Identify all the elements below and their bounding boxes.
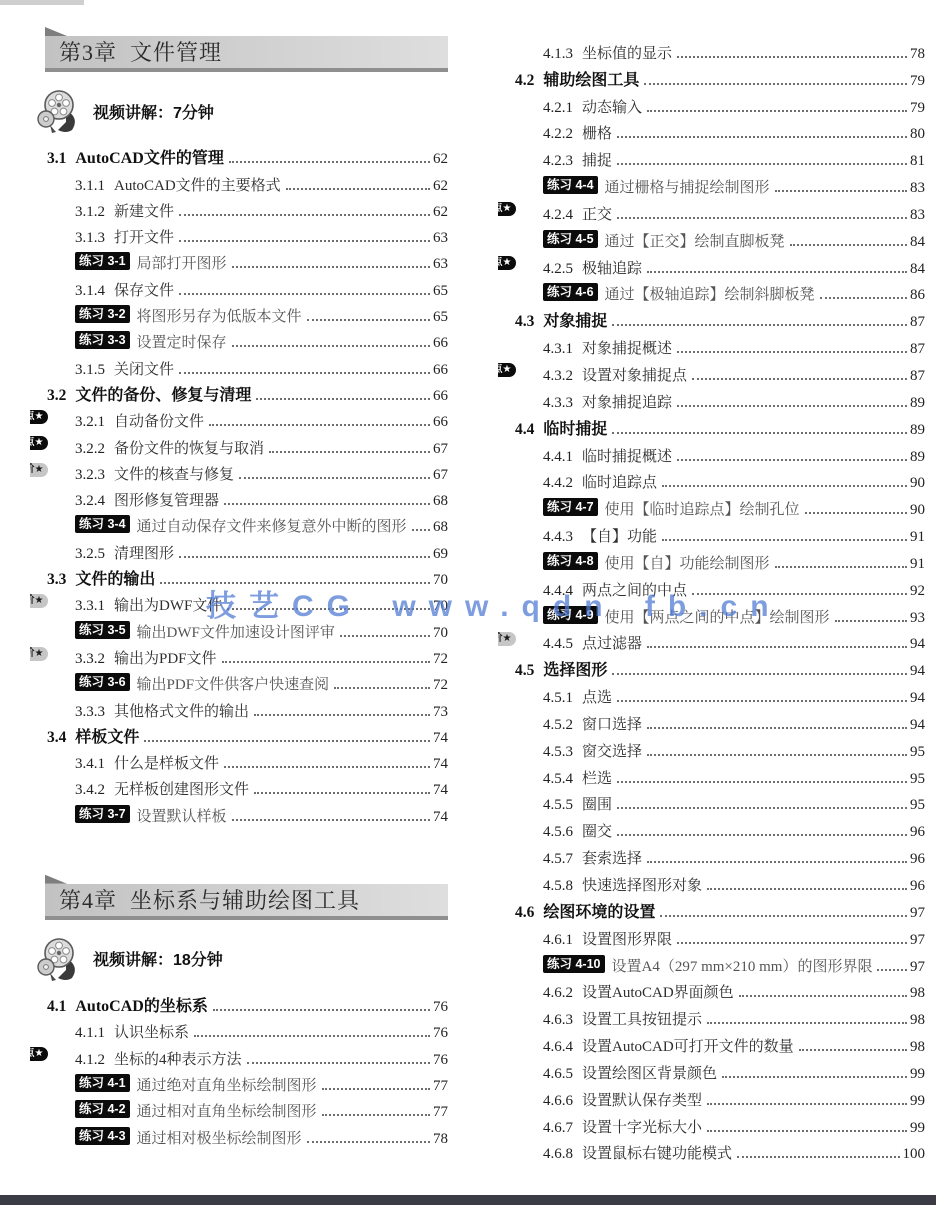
entry-title: 输出为PDF文件	[114, 647, 217, 668]
exercise-badge: 练习 4-4	[543, 176, 598, 194]
dot-leader	[617, 136, 907, 138]
dot-leader	[232, 345, 430, 347]
entry-number: 4.2	[515, 72, 534, 90]
dot-leader	[835, 620, 907, 622]
exercise-badge: 练习 4-7	[543, 498, 598, 516]
entry-title: 设置十字光标大小	[582, 1116, 702, 1137]
dot-leader	[647, 861, 907, 863]
entry-number: 3.1.1	[75, 178, 105, 195]
dot-leader	[644, 83, 907, 85]
page-number: 65	[433, 309, 448, 326]
page-number: 70	[433, 625, 448, 642]
chapter3-title: 第3章 文件管理	[45, 36, 448, 69]
dot-leader	[307, 1141, 430, 1143]
toc-entry: 4.5.7套索选择96	[498, 841, 925, 868]
entry-title: 圈交	[582, 820, 612, 841]
entry-number: 3.4.1	[75, 756, 105, 773]
page-number: 66	[433, 362, 448, 379]
toc-entry: 3.1.4保存文件65	[30, 273, 448, 299]
toc-entry: ★进阶★4.4.5点过滤器94	[498, 627, 925, 654]
toc-entry: 3.4样板文件74	[30, 721, 448, 747]
dot-leader	[677, 405, 907, 407]
entry-title: 图形修复管理器	[114, 489, 219, 510]
toc-entry: 4.3.1对象捕捉概述87	[498, 331, 925, 358]
entry-title: 设置A4（297 mm×210 mm）的图形界限	[612, 955, 873, 976]
exercise-badge: 练习 3-7	[75, 805, 130, 823]
toc-entry: 4.5.4栏选95	[498, 761, 925, 788]
entry-title: 选择图形	[543, 657, 607, 680]
entry-title: 设置AutoCAD可打开文件的数量	[582, 1035, 794, 1056]
priority-badge-important: ★重点★	[30, 410, 48, 424]
dot-leader	[707, 1103, 907, 1105]
entry-number: 4.4	[515, 421, 534, 439]
page-number: 74	[433, 730, 448, 747]
dot-leader	[222, 661, 430, 663]
dot-leader	[617, 807, 907, 809]
dot-leader	[677, 942, 907, 944]
toc-entry: 4.2辅助绘图工具79	[498, 63, 925, 90]
entry-title: AutoCAD文件的管理	[75, 145, 223, 168]
dot-leader	[617, 217, 907, 219]
toc-entry: 4.1.3坐标值的显示78	[498, 36, 925, 63]
dot-leader	[224, 503, 430, 505]
page-number: 65	[433, 283, 448, 300]
page-number: 96	[910, 878, 925, 895]
toc-entry: 练习 4-3通过相对极坐标绘制图形78	[30, 1121, 448, 1147]
page-number: 78	[433, 1131, 448, 1148]
toc-list-chapter4-right: 4.1.3坐标值的显示784.2辅助绘图工具794.2.1动态输入794.2.2…	[498, 36, 925, 1163]
exercise-badge: 练习 4-10	[543, 955, 605, 973]
dot-leader	[677, 351, 907, 353]
exercise-badge: 练习 3-3	[75, 331, 130, 349]
entry-title: 清理图形	[114, 542, 174, 563]
entry-title: 样板文件	[75, 724, 139, 747]
priority-badge-important: ★重点★	[498, 256, 516, 270]
right-column: 4.1.3坐标值的显示784.2辅助绘图工具794.2.1动态输入794.2.2…	[498, 0, 925, 1163]
page-number: 72	[433, 651, 448, 668]
scan-edge-artifact	[0, 0, 84, 5]
entry-title: 输出PDF文件供客户快速查阅	[137, 673, 330, 694]
entry-title: 设置绘图区背景颜色	[582, 1062, 717, 1083]
video-note-label: 视频讲解：7分钟	[93, 100, 214, 123]
toc-entry: 练习 4-7使用【临时追踪点】绘制孔位90	[498, 492, 925, 519]
page-number: 68	[433, 519, 448, 536]
page-number: 96	[910, 851, 925, 868]
toc-entry: 4.5选择图形94	[498, 653, 925, 680]
page-number: 62	[433, 178, 448, 195]
page-number: 62	[433, 204, 448, 221]
entry-number: 4.1.1	[75, 1025, 105, 1042]
page-number: 87	[910, 368, 925, 385]
chapter4-header: 第4章 坐标系与辅助绘图工具	[45, 884, 448, 920]
dot-leader	[612, 673, 907, 675]
entry-title: 捕捉	[582, 149, 612, 170]
toc-entry: 练习 4-5通过【正交】绘制直脚板凳84	[498, 224, 925, 251]
page-number: 70	[433, 598, 448, 615]
toc-entry: 练习 4-10设置A4（297 mm×210 mm）的图形界限97	[498, 949, 925, 976]
toc-entry: 4.4.2临时追踪点90	[498, 466, 925, 493]
dot-leader	[194, 1035, 430, 1037]
page-number: 89	[910, 395, 925, 412]
page-number: 91	[910, 529, 925, 546]
entry-title: 无样板创建图形文件	[114, 778, 249, 799]
toc-entry: ★重点★4.3.2设置对象捕捉点87	[498, 358, 925, 385]
dot-leader	[232, 819, 430, 821]
entry-title: 设置AutoCAD界面颜色	[582, 981, 734, 1002]
page-number: 62	[433, 151, 448, 168]
toc-entry: 4.6.8设置鼠标右键功能模式100	[498, 1137, 925, 1164]
entry-title: 设置默认保存类型	[582, 1089, 702, 1110]
page-number: 100	[903, 1146, 926, 1163]
page-number: 74	[433, 782, 448, 799]
footer-bar	[0, 1195, 936, 1205]
dot-leader	[662, 539, 907, 541]
toc-entry: 4.4.1临时捕捉概述89	[498, 439, 925, 466]
entry-number: 4.4.1	[543, 449, 573, 466]
dot-leader	[254, 792, 430, 794]
entry-title: 通过【正交】绘制直脚板凳	[605, 230, 785, 251]
exercise-badge: 练习 3-6	[75, 673, 130, 691]
entry-title: 认识坐标系	[114, 1021, 189, 1042]
toc-entry: 4.6.3设置工具按钮提示98	[498, 1002, 925, 1029]
entry-title: 通过栅格与捕捉绘制图形	[605, 176, 770, 197]
entry-title: 临时捕捉概述	[582, 445, 672, 466]
entry-title: 通过自动保存文件来修复意外中断的图形	[137, 515, 407, 536]
fold-triangle-icon	[45, 875, 67, 884]
page-number: 76	[433, 1052, 448, 1069]
entry-title: 对象捕捉概述	[582, 337, 672, 358]
priority-badge-important: ★重点★	[30, 1047, 48, 1061]
dot-leader	[737, 1156, 899, 1158]
toc-entry: 练习 3-5输出DWF文件加速设计图评审70	[30, 615, 448, 641]
entry-title: 文件的核查与修复	[114, 463, 234, 484]
page-number: 73	[433, 704, 448, 721]
page-number: 84	[910, 261, 925, 278]
entry-title: 将图形另存为低版本文件	[137, 305, 302, 326]
toc-entry: 4.4临时捕捉89	[498, 412, 925, 439]
dot-leader	[322, 1088, 430, 1090]
exercise-badge: 练习 3-4	[75, 515, 130, 533]
entry-title: 使用【两点之间的中点】绘制图形	[605, 606, 830, 627]
fold-triangle-icon	[45, 27, 67, 36]
entry-title: 窗交选择	[582, 740, 642, 761]
page-number: 81	[910, 153, 925, 170]
dot-leader	[179, 372, 430, 374]
toc-entry: 3.3文件的输出70	[30, 563, 448, 589]
toc-entry: 练习 3-4通过自动保存文件来修复意外中断的图形68	[30, 510, 448, 536]
toc-entry: 3.1.1AutoCAD文件的主要格式62	[30, 168, 448, 194]
entry-title: AutoCAD文件的主要格式	[114, 174, 281, 195]
toc-entry: 4.2.2栅格80	[498, 117, 925, 144]
exercise-badge: 练习 4-3	[75, 1127, 130, 1145]
entry-number: 4.6.6	[543, 1093, 573, 1110]
entry-title: 快速选择图形对象	[582, 874, 702, 895]
toc-list-chapter4-left: 4.1AutoCAD的坐标系764.1.1认识坐标系76★重点★4.1.2坐标的…	[30, 990, 448, 1148]
toc-entry: 练习 3-2将图形另存为低版本文件65	[30, 300, 448, 326]
dot-leader	[213, 1009, 430, 1011]
toc-entry: 4.5.3窗交选择95	[498, 734, 925, 761]
toc-entry: ★重点★3.2.2备份文件的恢复与取消67	[30, 431, 448, 457]
toc-entry: 练习 4-6通过【极轴追踪】绘制斜脚板凳86	[498, 278, 925, 305]
chapter3-video-note: 视频讲解：7分钟	[36, 86, 448, 136]
page-number: 97	[910, 959, 925, 976]
entry-number: 4.3	[515, 313, 534, 331]
dot-leader	[256, 398, 430, 400]
toc-entry: 4.4.4两点之间的中点92	[498, 573, 925, 600]
entry-title: 什么是样板文件	[114, 752, 219, 773]
entry-number: 4.5.2	[543, 717, 573, 734]
dot-leader	[160, 582, 430, 584]
film-reel-icon	[36, 936, 84, 982]
entry-number: 4.4.2	[543, 475, 573, 492]
entry-number: 4.5.8	[543, 878, 573, 895]
page-number: 98	[910, 1012, 925, 1029]
dot-leader	[412, 529, 430, 531]
toc-entry: 练习 4-4通过栅格与捕捉绘制图形83	[498, 170, 925, 197]
priority-badge-advanced: ★进阶★	[30, 647, 48, 661]
dot-leader	[647, 646, 907, 648]
dot-leader	[677, 459, 907, 461]
toc-entry: 练习 3-6输出PDF文件供客户快速查阅72	[30, 668, 448, 694]
toc-entry: 练习 4-2通过相对直角坐标绘制图形77	[30, 1095, 448, 1121]
entry-title: 点选	[582, 686, 612, 707]
entry-number: 4.3.3	[543, 395, 573, 412]
entry-title: 通过【极轴追踪】绘制斜脚板凳	[605, 283, 815, 304]
entry-title: 备份文件的恢复与取消	[114, 437, 264, 458]
dot-leader	[647, 110, 907, 112]
dot-leader	[617, 781, 907, 783]
entry-title: 套索选择	[582, 847, 642, 868]
dot-leader	[647, 271, 907, 273]
entry-title: 设置对象捕捉点	[582, 364, 687, 385]
dot-leader	[232, 266, 430, 268]
toc-entry: 4.3对象捕捉87	[498, 304, 925, 331]
exercise-badge: 练习 4-2	[75, 1100, 130, 1118]
entry-number: 3.2.1	[75, 414, 105, 431]
entry-title: 对象捕捉追踪	[582, 391, 672, 412]
page-number: 95	[910, 771, 925, 788]
priority-badge-advanced: ★进阶★	[498, 632, 516, 646]
entry-title: 文件的输出	[75, 566, 155, 589]
entry-title: 文件的备份、修复与清理	[75, 382, 251, 405]
book-toc-page: 第3章 文件管理 视频讲解：7分钟 3.1Au	[0, 0, 936, 1205]
entry-title: 输出DWF文件加速设计图评审	[137, 621, 335, 642]
toc-entry: 3.1AutoCAD文件的管理62	[30, 142, 448, 168]
toc-entry: 4.6.1设置图形界限97	[498, 922, 925, 949]
entry-title: 正交	[582, 203, 612, 224]
toc-entry: 3.3.3其他格式文件的输出73	[30, 694, 448, 720]
entry-title: 极轴追踪	[582, 257, 642, 278]
page-number: 79	[910, 73, 925, 90]
dot-leader	[662, 485, 907, 487]
entry-title: 辅助绘图工具	[543, 67, 639, 90]
page-number: 89	[910, 449, 925, 466]
page-number: 94	[910, 717, 925, 734]
entry-number: 4.3.1	[543, 341, 573, 358]
page-number: 80	[910, 126, 925, 143]
dot-leader	[805, 512, 907, 514]
toc-entry: ★重点★4.1.2坐标的4种表示方法76	[30, 1042, 448, 1068]
dot-leader	[739, 995, 907, 997]
toc-entry: 4.6.6设置默认保存类型99	[498, 1083, 925, 1110]
entry-number: 4.6.5	[543, 1066, 573, 1083]
priority-badge-important: ★重点★	[30, 436, 48, 450]
exercise-badge: 练习 3-1	[75, 252, 130, 270]
entry-number: 3.4	[47, 729, 66, 747]
entry-number: 3.3.3	[75, 704, 105, 721]
toc-list-chapter3: 3.1AutoCAD文件的管理623.1.1AutoCAD文件的主要格式623.…	[30, 142, 448, 826]
toc-columns: 第3章 文件管理 视频讲解：7分钟 3.1Au	[0, 0, 936, 1163]
dot-leader	[209, 424, 430, 426]
page-number: 72	[433, 677, 448, 694]
entry-title: 【自】功能	[582, 525, 657, 546]
dot-leader	[144, 740, 430, 742]
dot-leader	[677, 56, 907, 58]
entry-number: 3.1	[47, 150, 66, 168]
entry-number: 3.2.4	[75, 493, 105, 510]
chapter3-header: 第3章 文件管理	[45, 36, 448, 72]
dot-leader	[286, 188, 430, 190]
entry-number: 4.4.3	[543, 529, 573, 546]
entry-title: 通过相对直角坐标绘制图形	[137, 1100, 317, 1121]
entry-title: 临时捕捉	[543, 416, 607, 439]
page-number: 67	[433, 441, 448, 458]
entry-number: 4.3.2	[543, 368, 573, 385]
entry-title: 窗口选择	[582, 713, 642, 734]
entry-number: 3.2.5	[75, 546, 105, 563]
entry-number: 4.6.3	[543, 1012, 573, 1029]
dot-leader	[179, 240, 430, 242]
page-number: 89	[910, 422, 925, 439]
entry-title: 关闭文件	[114, 358, 174, 379]
toc-entry: 练习 3-1局部打开图形63	[30, 247, 448, 273]
entry-title: 临时追踪点	[582, 471, 657, 492]
dot-leader	[707, 1022, 907, 1024]
page-number: 74	[433, 756, 448, 773]
entry-title: 设置鼠标右键功能模式	[582, 1142, 732, 1163]
toc-entry: 4.5.5圈围95	[498, 788, 925, 815]
toc-entry: 4.1.1认识坐标系76	[30, 1016, 448, 1042]
priority-badge-important: ★重点★	[498, 363, 516, 377]
entry-title: 设置定时保存	[137, 331, 227, 352]
dot-leader	[307, 319, 430, 321]
entry-title: 通过绝对直角坐标绘制图形	[137, 1074, 317, 1095]
entry-number: 3.2	[47, 387, 66, 405]
page-number: 99	[910, 1120, 925, 1137]
entry-title: 绘图环境的设置	[543, 899, 655, 922]
exercise-badge: 练习 3-2	[75, 305, 130, 323]
entry-title: 圈围	[582, 793, 612, 814]
entry-number: 3.1.4	[75, 283, 105, 300]
page-number: 96	[910, 824, 925, 841]
entry-number: 3.1.5	[75, 362, 105, 379]
page-number: 98	[910, 1039, 925, 1056]
toc-entry: 4.2.1动态输入79	[498, 90, 925, 117]
toc-entry: 4.4.3【自】功能91	[498, 519, 925, 546]
page-number: 63	[433, 230, 448, 247]
entry-number: 4.6.1	[543, 932, 573, 949]
page-number: 76	[433, 999, 448, 1016]
toc-entry: 4.5.1点选94	[498, 680, 925, 707]
chapter4-title: 第4章 坐标系与辅助绘图工具	[45, 884, 448, 917]
entry-title: AutoCAD的坐标系	[75, 993, 207, 1016]
entry-number: 4.2.2	[543, 126, 573, 143]
toc-entry: 4.6绘图环境的设置97	[498, 895, 925, 922]
entry-number: 4.1	[47, 998, 66, 1016]
entry-title: 使用【自】功能绘制图形	[605, 552, 770, 573]
toc-entry: 练习 4-9使用【两点之间的中点】绘制图形93	[498, 600, 925, 627]
dot-leader	[820, 297, 907, 299]
page-number: 92	[910, 583, 925, 600]
entry-number: 4.5	[515, 662, 534, 680]
entry-number: 3.3.2	[75, 651, 105, 668]
page-number: 91	[910, 556, 925, 573]
page-number: 94	[910, 663, 925, 680]
page-number: 99	[910, 1093, 925, 1110]
entry-number: 4.6.8	[543, 1146, 573, 1163]
exercise-badge: 练习 4-9	[543, 606, 598, 624]
page-number: 93	[910, 610, 925, 627]
entry-title: 局部打开图形	[137, 252, 227, 273]
dot-leader	[617, 834, 907, 836]
dot-leader	[692, 378, 907, 380]
toc-entry: 4.5.6圈交96	[498, 814, 925, 841]
toc-entry: 练习 4-1通过绝对直角坐标绘制图形77	[30, 1069, 448, 1095]
entry-number: 4.6.4	[543, 1039, 573, 1056]
toc-entry: 3.2.5清理图形69	[30, 536, 448, 562]
page-number: 77	[433, 1078, 448, 1095]
page-number: 70	[433, 572, 448, 589]
dot-leader	[334, 687, 430, 689]
toc-entry: 4.3.3对象捕捉追踪89	[498, 385, 925, 412]
entry-number: 4.2.3	[543, 153, 573, 170]
page-number: 95	[910, 797, 925, 814]
page-number: 77	[433, 1104, 448, 1121]
entry-number: 3.3	[47, 571, 66, 589]
page-number: 90	[910, 502, 925, 519]
entry-title: 栅格	[582, 122, 612, 143]
entry-title: 坐标的4种表示方法	[114, 1048, 242, 1069]
entry-number: 4.2.1	[543, 100, 573, 117]
dot-leader	[617, 700, 907, 702]
toc-entry: 3.4.1什么是样板文件74	[30, 747, 448, 773]
toc-entry: ★进阶★3.3.2输出为PDF文件72	[30, 642, 448, 668]
page-number: 97	[910, 932, 925, 949]
dot-leader	[340, 635, 430, 637]
entry-title: 对象捕捉	[543, 308, 607, 331]
dot-leader	[660, 915, 907, 917]
toc-entry: 4.2.3捕捉81	[498, 143, 925, 170]
page-number: 87	[910, 314, 925, 331]
page-number: 68	[433, 493, 448, 510]
exercise-badge: 练习 4-1	[75, 1074, 130, 1092]
entry-title: 其他格式文件的输出	[114, 700, 249, 721]
toc-entry: 4.1AutoCAD的坐标系76	[30, 990, 448, 1016]
page-number: 97	[910, 905, 925, 922]
page-number: 98	[910, 985, 925, 1002]
entry-title: 动态输入	[582, 96, 642, 117]
page-number: 83	[910, 207, 925, 224]
page-number: 66	[433, 414, 448, 431]
dot-leader	[617, 163, 907, 165]
entry-title: 输出为DWF文件	[114, 594, 222, 615]
dot-leader	[799, 1049, 907, 1051]
priority-badge-advanced: ★进阶★	[30, 463, 48, 477]
page-number: 95	[910, 744, 925, 761]
toc-entry: 3.1.3打开文件63	[30, 221, 448, 247]
entry-number: 4.2.4	[543, 207, 573, 224]
entry-title: 两点之间的中点	[582, 579, 687, 600]
